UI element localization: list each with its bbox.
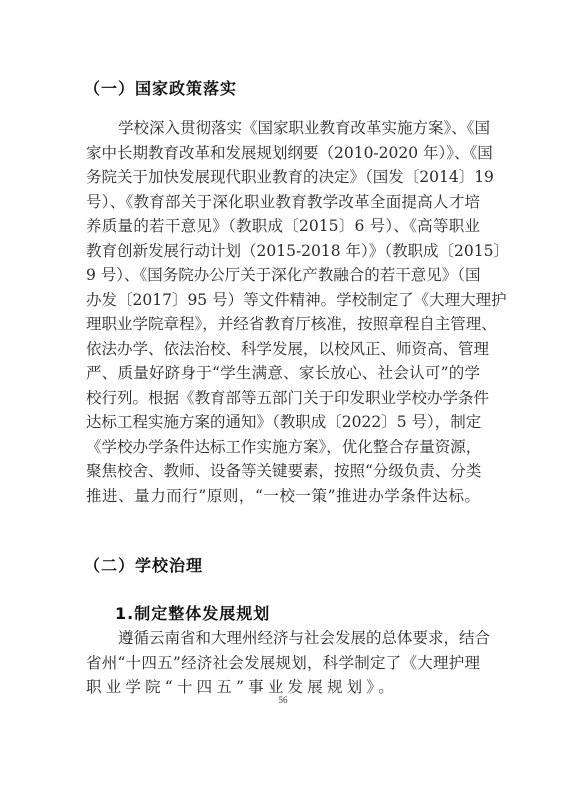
text-line: 家中长期教育改革和发展规划纲要（2010-2020 年）》、《国 (86, 143, 480, 163)
text-line: 依法办学、依法治校、科学发展，以校风正、师资高、管理 (86, 339, 480, 359)
text-line: 号）、《教育部关于深化职业教育教学改革全面提高人才培 (86, 192, 480, 212)
text-line: 9 号）、《国务院办公厅关于深化产教融合的若干意见》（国 (86, 265, 480, 285)
subheading-development-plan: 1.制定整体发展规划 (115, 601, 270, 624)
section-heading-national-policy: （一）国家政策落实 (84, 76, 237, 99)
text-line: 理职业学院章程》，并经省教育厅核准，按照章程自主管理、 (86, 314, 480, 334)
text-line: 达标工程实施方案的通知》（教职成〔2022〕5 号），制定 (86, 412, 480, 432)
text-line: 严、质量好跻身于“学生满意、家长放心、社会认可”的学 (86, 363, 480, 383)
text-line: 《学校办学条件达标工作实施方案》，优化整合存量资源， (86, 437, 480, 457)
page-number: 56 (0, 695, 566, 705)
text-line: 聚焦校舍、教师、设备等关键要素，按照“分级负责、分类 (86, 461, 480, 481)
section-heading-school-governance: （二）学校治理 (84, 553, 203, 576)
document-page: （一）国家政策落实 学校深入贯彻落实《国家职业教育改革实施方案》、《国 家中长期… (0, 0, 566, 800)
text-line: 职业学院“十四五”事业发展规划》。 (86, 677, 480, 697)
text-line: 务院关于加快发展现代职业教育的决定》（国发〔2014〕19 (86, 167, 480, 187)
text-line: 推进、量力而行”原则，“一校一策”推进办学条件达标。 (86, 486, 480, 506)
text-line: 办发〔2017〕95 号）等文件精神。学校制定了《大理大理护 (86, 290, 480, 310)
text-line: 遵循云南省和大理州经济与社会发展的总体要求，结合 (118, 628, 480, 648)
text-line: 学校深入贯彻落实《国家职业教育改革实施方案》、《国 (118, 118, 480, 138)
text-line: 教育创新发展行动计划（2015-2018 年）》（教职成〔2015〕 (86, 241, 480, 261)
text-line: 养质量的若干意见》（教职成〔2015〕6 号）、《高等职业 (86, 216, 480, 236)
text-line: 省州“十四五”经济社会发展规划，科学制定了《大理护理 (86, 653, 480, 673)
text-line: 校行列。根据《教育部等五部门关于印发职业学校办学条件 (86, 388, 480, 408)
